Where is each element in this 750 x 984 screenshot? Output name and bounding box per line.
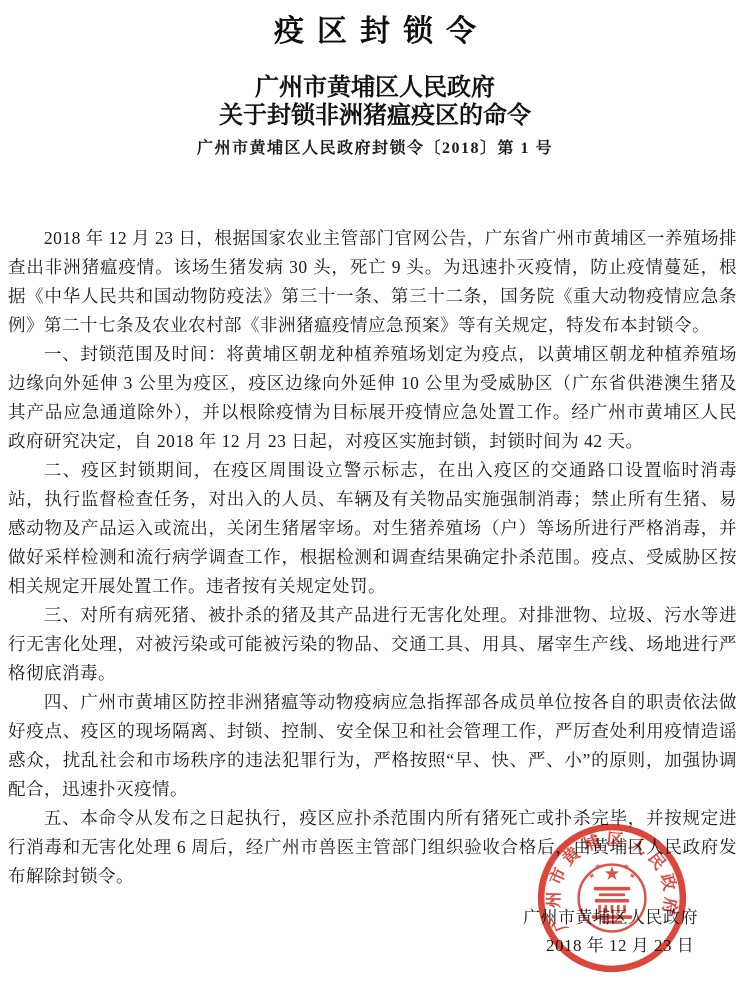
- issuing-authority-name: 广州市黄埔区人民政府: [0, 74, 750, 102]
- signature-date: 2018 年 12 月 23 日: [546, 931, 694, 956]
- body-paragraph: 二、疫区封锁期间，在疫区周围设立警示标志，在出入疫区的交通路口设置临时消毒站，执…: [8, 456, 737, 601]
- document-title: 疫区封锁令: [0, 0, 750, 51]
- document-number: 广州市黄埔区人民政府封锁令〔2018〕第 1 号: [0, 139, 750, 159]
- body-paragraph: 三、对所有病死猪、被扑杀的猪及其产品进行无害化处理。对排泄物、垃圾、污水等进行无…: [8, 601, 737, 688]
- signature-name: 广州市黄埔区人民政府: [523, 903, 698, 928]
- body-paragraph: 2018 年 12 月 23 日，根据国家农业主管部门官网公告，广东省广州市黄埔…: [8, 224, 737, 340]
- document-body: 2018 年 12 月 23 日，根据国家农业主管部门官网公告，广东省广州市黄埔…: [8, 224, 737, 891]
- body-paragraph: 一、封锁范围及时间：将黄埔区朝龙种植养殖场划定为疫点，以黄埔区朝龙种植养殖场边缘…: [8, 340, 737, 456]
- document-subject: 关于封锁非洲猪瘟疫区的命令: [0, 102, 750, 130]
- body-paragraph: 五、本命令从发布之日起执行，疫区应扑杀范围内所有猪死亡或扑杀完毕，并按规定进行消…: [8, 804, 737, 891]
- body-paragraph: 四、广州市黄埔区防控非洲猪瘟等动物疫病应急指挥部各成员单位按各自的职责依法做好疫…: [8, 688, 737, 804]
- document-page: 疫区封锁令 广州市黄埔区人民政府 关于封锁非洲猪瘟疫区的命令 广州市黄埔区人民政…: [0, 0, 750, 984]
